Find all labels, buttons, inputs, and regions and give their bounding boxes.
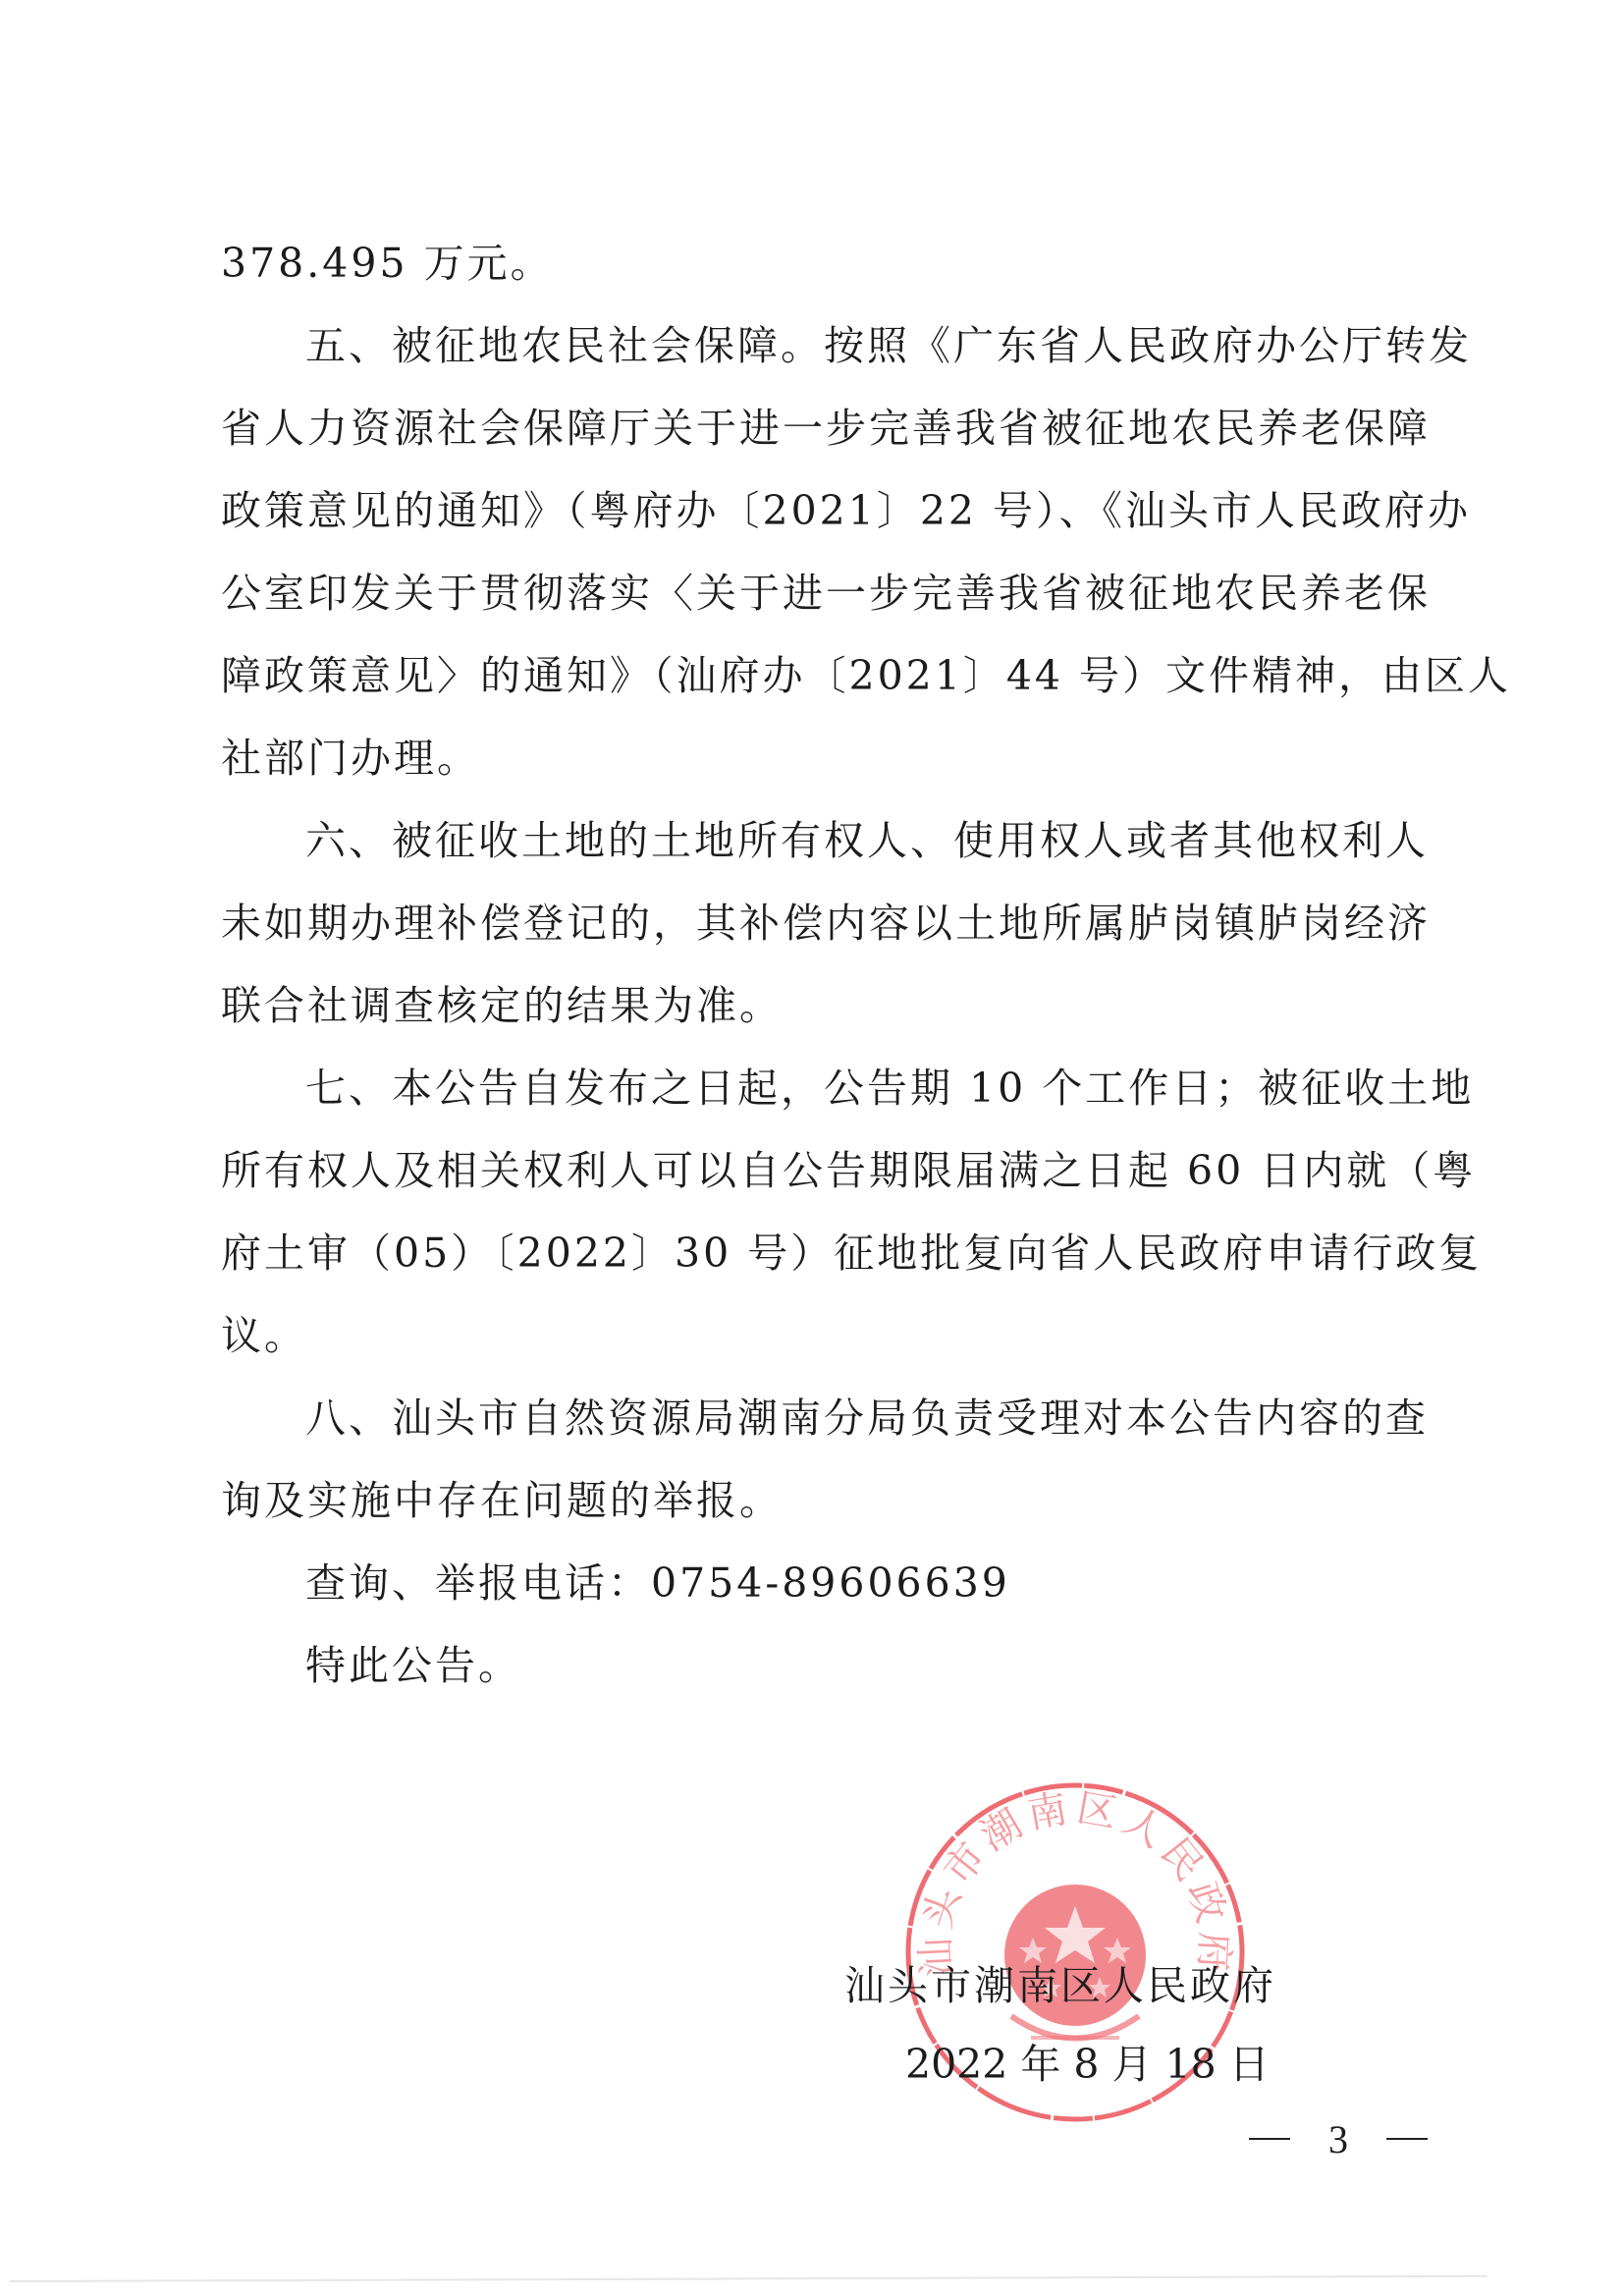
- body-line: 社部门办理。: [221, 717, 1448, 799]
- body-line: 议。: [221, 1294, 1448, 1377]
- body-line: 省人力资源社会保障厅关于进一步完善我省被征地农民养老保障: [221, 387, 1448, 469]
- body-line: 障政策意见〉的通知》（汕府办〔2021〕44 号）文件精神，由区人: [221, 634, 1448, 717]
- page-number-left-dash: [1249, 2138, 1290, 2140]
- issuer-signature: 汕头市潮南区人民政府: [844, 1954, 1276, 2017]
- body-line: 府土审（05）〔2022〕30 号）征地批复向省人民政府申请行政复: [221, 1212, 1448, 1294]
- body-line: 所有权人及相关权利人可以自公告期限届满之日起 60 日内就（粤: [221, 1129, 1448, 1212]
- section-6-heading-line: 六、被征收土地的土地所有权人、使用权人或者其他权利人: [221, 799, 1448, 882]
- scan-edge-line: [10, 2275, 1488, 2282]
- notice-body: 378.495 万元。 五、被征地农民社会保障。按照《广东省人民政府办公厅转发 …: [221, 222, 1448, 1707]
- issue-date: 2022 年 8 月 18 日: [905, 2033, 1270, 2096]
- closing-line: 特此公告。: [221, 1624, 1448, 1707]
- document-page: 378.495 万元。 五、被征地农民社会保障。按照《广东省人民政府办公厅转发 …: [0, 0, 1623, 2296]
- body-line: 378.495 万元。: [221, 222, 1448, 304]
- section-8-heading-line: 八、汕头市自然资源局潮南分局负责受理对本公告内容的查: [221, 1377, 1448, 1459]
- page-number-value: 3: [1328, 2116, 1348, 2162]
- page-number: 3: [1249, 2111, 1428, 2166]
- body-line: 联合社调查核定的结果为准。: [221, 964, 1448, 1047]
- body-line: 政策意见的通知》（粤府办〔2021〕22 号）、《汕头市人民政府办: [221, 469, 1448, 552]
- body-line: 公室印发关于贯彻落实〈关于进一步完善我省被征地农民养老保: [221, 552, 1448, 634]
- body-line: 询及实施中存在问题的举报。: [221, 1459, 1448, 1542]
- section-5-heading-line: 五、被征地农民社会保障。按照《广东省人民政府办公厅转发: [221, 304, 1448, 387]
- contact-phone-line: 查询、举报电话：0754-89606639: [221, 1542, 1448, 1624]
- section-7-heading-line: 七、本公告自发布之日起，公告期 10 个工作日；被征收土地: [221, 1047, 1448, 1129]
- page-number-right-dash: [1386, 2138, 1428, 2140]
- body-line: 未如期办理补偿登记的，其补偿内容以土地所属胪岗镇胪岗经济: [221, 882, 1448, 964]
